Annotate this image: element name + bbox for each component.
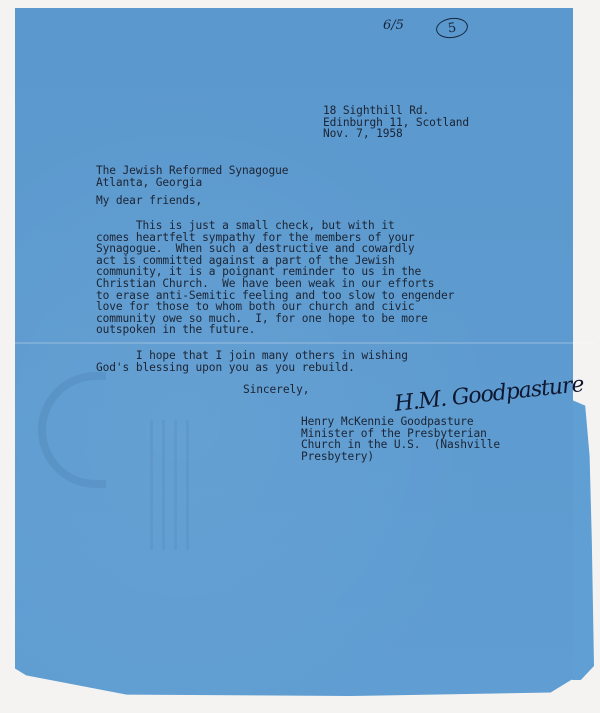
signer-name: Henry McKennie Goodpasture (301, 416, 500, 428)
fold-crease (15, 342, 595, 344)
body-line: Christian Church. We have been weak in o… (96, 278, 454, 290)
signer-title-3: Presbytery) (301, 451, 500, 463)
body-line: outspoken in the future. (96, 324, 454, 336)
signature-block: Henry McKennie GoodpastureMinister of th… (301, 416, 500, 462)
bleed-through-text (150, 420, 190, 550)
torn-paper-strip (572, 400, 594, 680)
body-paragraph-1: This is just a small check, but with itc… (96, 220, 454, 336)
body-line: This is just a small check, but with it (96, 220, 454, 232)
body-line: I hope that I join many others in wishin… (96, 350, 408, 362)
letter-date: Nov. 7, 1958 (323, 128, 469, 140)
recipient-line-1: The Jewish Reformed Synagogue (96, 165, 288, 177)
body-paragraph-2: I hope that I join many others in wishin… (96, 350, 408, 373)
body-line: God's blessing upon you as you rebuild. (96, 362, 408, 374)
closing: Sincerely, (243, 384, 309, 396)
body-line: love for those to whom both our church a… (96, 301, 454, 313)
handwritten-mark: 6/5 (383, 18, 404, 33)
salutation: My dear friends, (96, 195, 202, 207)
recipient-address: The Jewish Reformed SynagogueAtlanta, Ge… (96, 165, 288, 188)
sender-address: 18 Sighthill Rd.Edinburgh 11, ScotlandNo… (323, 105, 469, 140)
recipient-line-2: Atlanta, Georgia (96, 177, 288, 189)
scanned-letter: 6/5 5 18 Sighthill Rd.Edinburgh 11, Scot… (0, 0, 600, 713)
address-line-1: 18 Sighthill Rd. (323, 105, 469, 117)
circled-number-text: 5 (447, 20, 457, 36)
